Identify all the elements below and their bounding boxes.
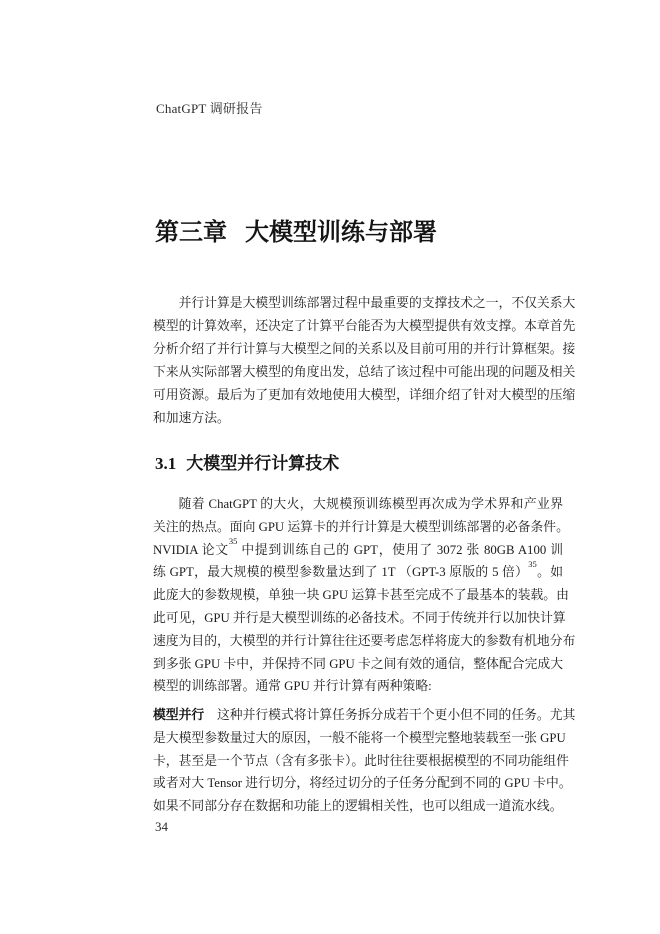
- chapter-number: 第三章: [155, 220, 227, 246]
- text-line: 和加速方法。: [153, 407, 563, 430]
- section-title-text: 大模型并行计算技术: [186, 454, 339, 473]
- text-line: 或者对大 Tensor 进行切分，将经过切分的子任务分配到不同的 GPU 卡中。: [153, 772, 563, 795]
- text-line: 练 GPT，最大规模的模型参数量达到了 1T （GPT-3 原版的 5 倍）35…: [153, 561, 563, 584]
- intro-paragraph: 并行计算是大模型训练部署过程中最重要的支撑技术之一，不仅关系大模型的计算效率，还…: [153, 292, 563, 430]
- text-line: 此可见，GPU 并行是大模型训练的必备技术。不同于传统并行以加快计算: [153, 607, 563, 630]
- text-line: 关注的热点。面向 GPU 运算卡的并行计算是大模型训练部署的必备条件。: [153, 516, 563, 539]
- text-line: 可用资源。最后为了更加有效地使用大模型，详细介绍了针对大模型的压缩: [153, 384, 563, 407]
- section-number: 3.1: [155, 454, 176, 473]
- text-line: 卡，甚至是一个节点（含有多张卡）。此时往往要根据模型的不同功能组件: [153, 750, 563, 773]
- text-line: 模型的训练部署。通常 GPU 并行计算有两种策略:: [153, 675, 563, 698]
- text-line: 模型的计算效率，还决定了计算平台能否为大模型提供有效支撑。本章首先: [153, 315, 563, 338]
- text-line: 到多张 GPU 卡中，并保持不同 GPU 卡之间有效的通信，整体配合完成大: [153, 653, 563, 676]
- text-line: 速度为目的，大模型的并行计算往往还要考虑怎样将庞大的参数有机地分布: [153, 630, 563, 653]
- chapter-title-text: 大模型训练与部署: [245, 220, 437, 246]
- text-line: 此庞大的参数规模，单独一块 GPU 运算卡甚至完成不了最基本的装载。由: [153, 584, 563, 607]
- text-line: 下来从实际部署大模型的角度出发，总结了该过程中可能出现的问题及相关: [153, 361, 563, 384]
- text-line: 是大模型参数量过大的原因，一般不能将一个模型完整地装载至一张 GPU: [153, 727, 563, 750]
- text-line: 模型并行 这种并行模式将计算任务拆分成若干个更小但不同的任务。尤其: [153, 704, 563, 727]
- text-line: 并行计算是大模型训练部署过程中最重要的支撑技术之一，不仅关系大: [153, 292, 563, 315]
- running-header: ChatGPT 调研报告: [156, 101, 263, 117]
- text-line: 如果不同部分存在数据和功能上的逻辑相关性，也可以组成一道流水线。: [153, 795, 563, 818]
- text-line: NVIDIA 论文35 中提到训练自己的 GPT，使用了 3072 张 80GB…: [153, 539, 563, 562]
- document-page: ChatGPT 调研报告 第三章大模型训练与部署 并行计算是大模型训练部署过程中…: [0, 0, 660, 934]
- section-body-paragraph: 随着 ChatGPT 的大火，大规模预训练模型再次成为学术界和产业界关注的热点。…: [153, 493, 563, 698]
- model-parallel-paragraph: 模型并行 这种并行模式将计算任务拆分成若干个更小但不同的任务。尤其是大模型参数量…: [153, 704, 563, 818]
- text-line: 分析介绍了并行计算与大模型之间的关系以及目前可用的并行计算框架。接: [153, 338, 563, 361]
- section-heading: 3.1大模型并行计算技术: [155, 453, 339, 475]
- chapter-title: 第三章大模型训练与部署: [155, 217, 437, 249]
- page-number: 34: [155, 819, 168, 835]
- text-line: 随着 ChatGPT 的大火，大规模预训练模型再次成为学术界和产业界: [153, 493, 563, 516]
